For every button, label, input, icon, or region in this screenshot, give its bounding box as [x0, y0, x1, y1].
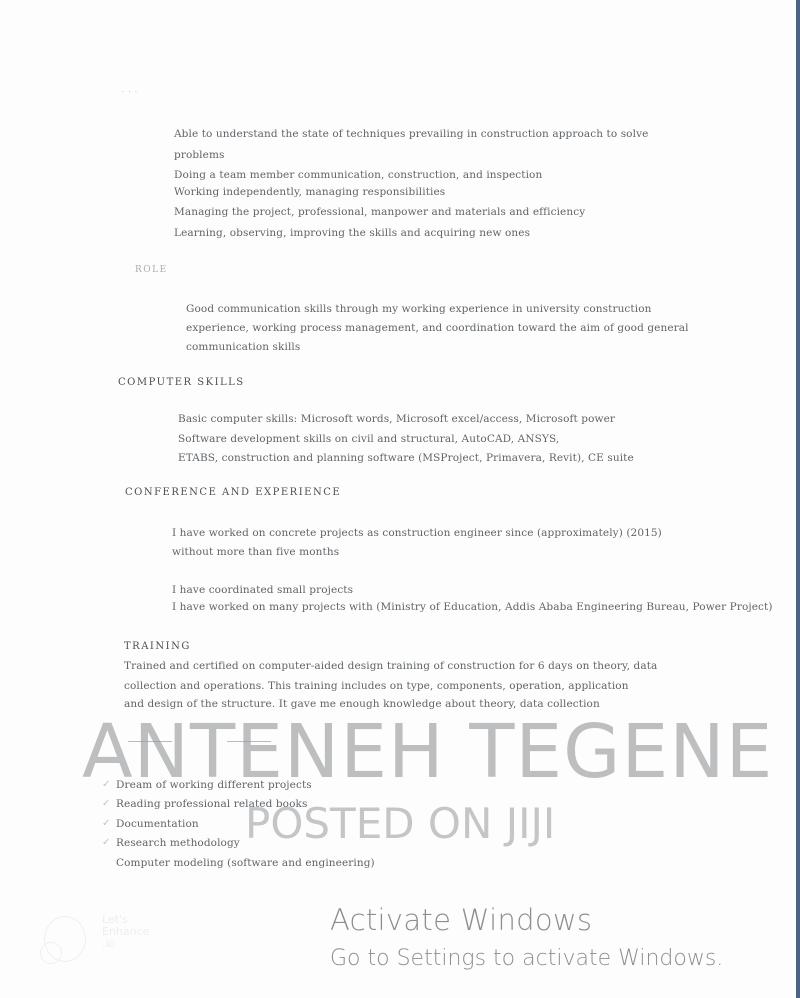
name-watermark: ANTENEH TEGENE — [82, 715, 773, 789]
experience-line: without more than five months — [172, 546, 339, 558]
logo-small-circle-icon — [40, 942, 62, 964]
section-label-role: Role — [135, 265, 168, 275]
check-bullet-icon: ✓ — [102, 837, 110, 848]
training-line: Trained and certified on computer-aided … — [124, 660, 657, 672]
objective-line: Managing the project, professional, manp… — [174, 206, 585, 218]
top-marker: · · · — [122, 88, 138, 96]
lets-enhance-logo: Let's Enhance .io — [40, 912, 160, 972]
check-bullet-icon: ✓ — [102, 818, 110, 829]
check-bullet-icon: ✓ — [102, 798, 110, 809]
activate-windows-title: Activate Windows — [330, 902, 723, 938]
objective-line: Able to understand the state of techniqu… — [174, 128, 648, 140]
role-paragraph-line: experience, working process management, … — [186, 322, 689, 334]
posted-on-jiji-watermark: POSTED ON JIJI — [245, 803, 555, 845]
logo-text: Let's Enhance .io — [102, 914, 149, 950]
computer-skills-heading: Computer Skills — [118, 377, 245, 388]
computer-skills-line: Basic computer skills: Microsoft words, … — [178, 413, 615, 425]
hobby-item: Computer modeling (software and engineer… — [116, 857, 375, 869]
objective-line: Working independently, managing responsi… — [174, 186, 445, 198]
activate-windows-subtitle: Go to Settings to activate Windows. — [330, 944, 723, 974]
hobby-item: Research methodology — [116, 837, 240, 849]
objective-line: Doing a team member communication, const… — [174, 169, 542, 181]
role-paragraph-line: Good communication skills through my wor… — [186, 303, 651, 315]
experience-line: I have coordinated small projects — [172, 584, 353, 596]
objective-line: Learning, observing, improving the skill… — [174, 227, 530, 239]
computer-skills-line: Software development skills on civil and… — [178, 433, 559, 445]
window-edge-stripe — [796, 0, 800, 998]
hobby-item: Documentation — [116, 818, 199, 830]
computer-skills-line: ETABS, construction and planning softwar… — [178, 452, 634, 464]
role-paragraph-line: communication skills — [186, 341, 300, 353]
training-heading: Training — [124, 641, 191, 652]
document-page: · · · Able to understand the state of te… — [0, 0, 796, 998]
experience-line: I have worked on many projects with (Min… — [172, 601, 773, 613]
experience-heading: Conference and Experience — [125, 487, 341, 498]
activate-windows-overlay: Activate Windows Go to Settings to activ… — [330, 902, 723, 974]
objective-line: problems — [174, 149, 225, 161]
experience-line: I have worked on concrete projects as co… — [172, 527, 662, 539]
training-line: collection and operations. This training… — [124, 680, 629, 692]
